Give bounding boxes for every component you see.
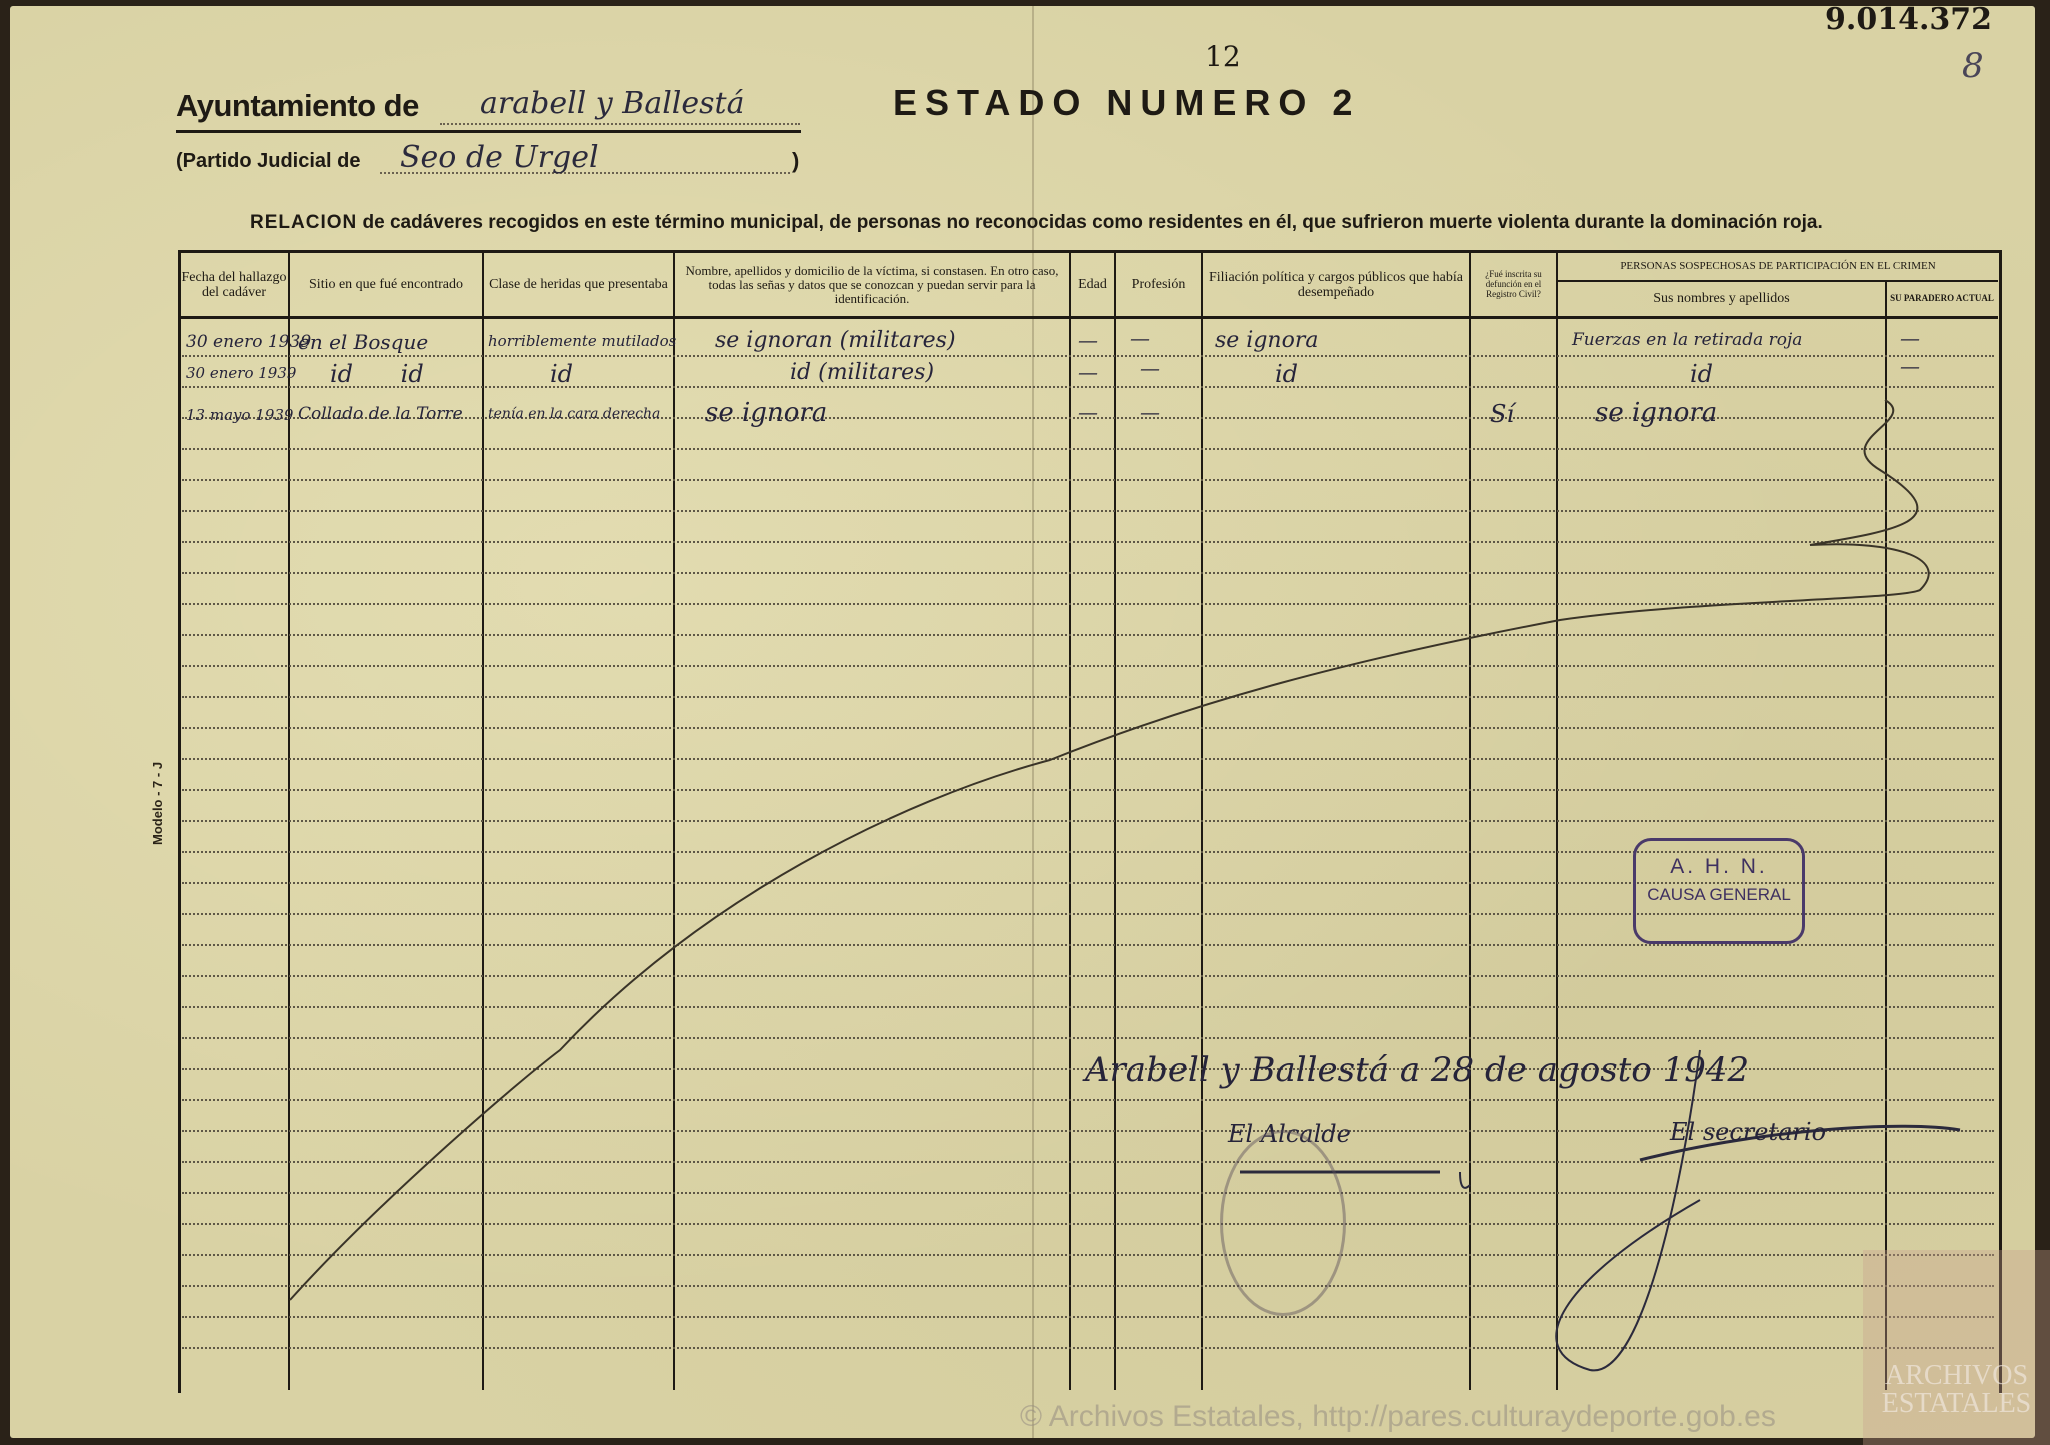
archivos-estatales-logo: ARCHIVOS ESTATALES (1863, 1250, 2050, 1445)
cross-out-strokes (0, 0, 2050, 1445)
stamp-line2: CAUSA GENERAL (1636, 885, 1802, 905)
stamp-line1: A. H. N. (1636, 855, 1802, 879)
logo-line1: ARCHIVOS (1863, 1362, 2050, 1390)
logo-line2: ESTATALES (1863, 1390, 2050, 1418)
ahn-stamp: A. H. N. CAUSA GENERAL (1633, 838, 1805, 944)
secretario-label: El secretario (1670, 1118, 1826, 1146)
place-date: Arabell y Ballestá a 28 de agosto 1942 (1085, 1050, 1749, 1090)
municipal-seal (1220, 1130, 1346, 1316)
copyright-watermark: © Archivos Estatales, http://pares.cultu… (1020, 1400, 1776, 1434)
